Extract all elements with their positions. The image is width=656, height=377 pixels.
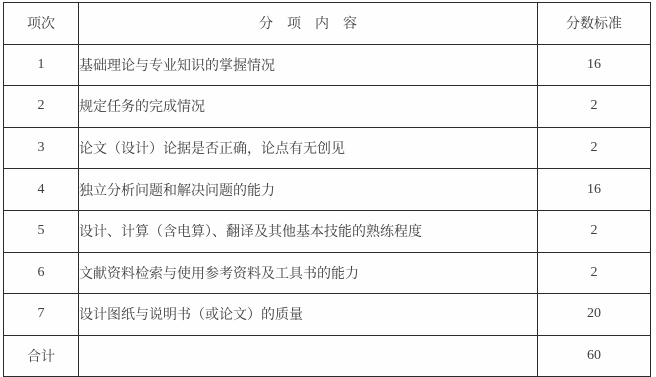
score-table-container: 项次 分 项 内 容 分数标准 1 基础理论与专业知识的掌握情况 16 2 规定… — [3, 2, 651, 371]
cell-total-label: 合计 — [4, 335, 79, 371]
cell-content: 论文（设计）论据是否正确，论点有无创见 — [79, 127, 538, 169]
evaluation-score-table: 项次 分 项 内 容 分数标准 1 基础理论与专业知识的掌握情况 16 2 规定… — [3, 2, 651, 371]
table-row: 3 论文（设计）论据是否正确，论点有无创见 2 — [4, 127, 651, 169]
cell-item-no: 1 — [4, 44, 79, 86]
header-row: 项次 分 项 内 容 分数标准 — [4, 3, 651, 45]
cell-score: 2 — [538, 127, 651, 169]
cell-score: 2 — [538, 252, 651, 294]
cell-content: 设计图纸与说明书（或论文）的质量 — [79, 294, 538, 336]
header-content: 分 项 内 容 — [79, 3, 538, 45]
cell-score: 20 — [538, 294, 651, 336]
total-row: 合计 60 — [4, 335, 651, 371]
header-item-no: 项次 — [4, 3, 79, 45]
cell-item-no: 4 — [4, 169, 79, 211]
cell-content: 规定任务的完成情况 — [79, 86, 538, 128]
cell-score: 16 — [538, 44, 651, 86]
cell-score: 2 — [538, 86, 651, 128]
header-score: 分数标准 — [538, 3, 651, 45]
table-row: 2 规定任务的完成情况 2 — [4, 86, 651, 128]
cell-score: 16 — [538, 169, 651, 211]
cell-content: 基础理论与专业知识的掌握情况 — [79, 44, 538, 86]
cell-item-no: 7 — [4, 294, 79, 336]
cell-item-no: 5 — [4, 210, 79, 252]
table-row: 5 设计、计算（含电算）、翻译及其他基本技能的熟练程度 2 — [4, 210, 651, 252]
cell-item-no: 6 — [4, 252, 79, 294]
table-row: 7 设计图纸与说明书（或论文）的质量 20 — [4, 294, 651, 336]
cell-content: 文献资料检索与使用参考资料及工具书的能力 — [79, 252, 538, 294]
cell-score: 2 — [538, 210, 651, 252]
cell-total-score: 60 — [538, 335, 651, 371]
cell-content: 独立分析问题和解决问题的能力 — [79, 169, 538, 211]
cell-content: 设计、计算（含电算）、翻译及其他基本技能的熟练程度 — [79, 210, 538, 252]
table-row: 6 文献资料检索与使用参考资料及工具书的能力 2 — [4, 252, 651, 294]
table-row: 1 基础理论与专业知识的掌握情况 16 — [4, 44, 651, 86]
table-row: 4 独立分析问题和解决问题的能力 16 — [4, 169, 651, 211]
cell-item-no: 2 — [4, 86, 79, 128]
cell-item-no: 3 — [4, 127, 79, 169]
cell-total-empty — [79, 335, 538, 371]
